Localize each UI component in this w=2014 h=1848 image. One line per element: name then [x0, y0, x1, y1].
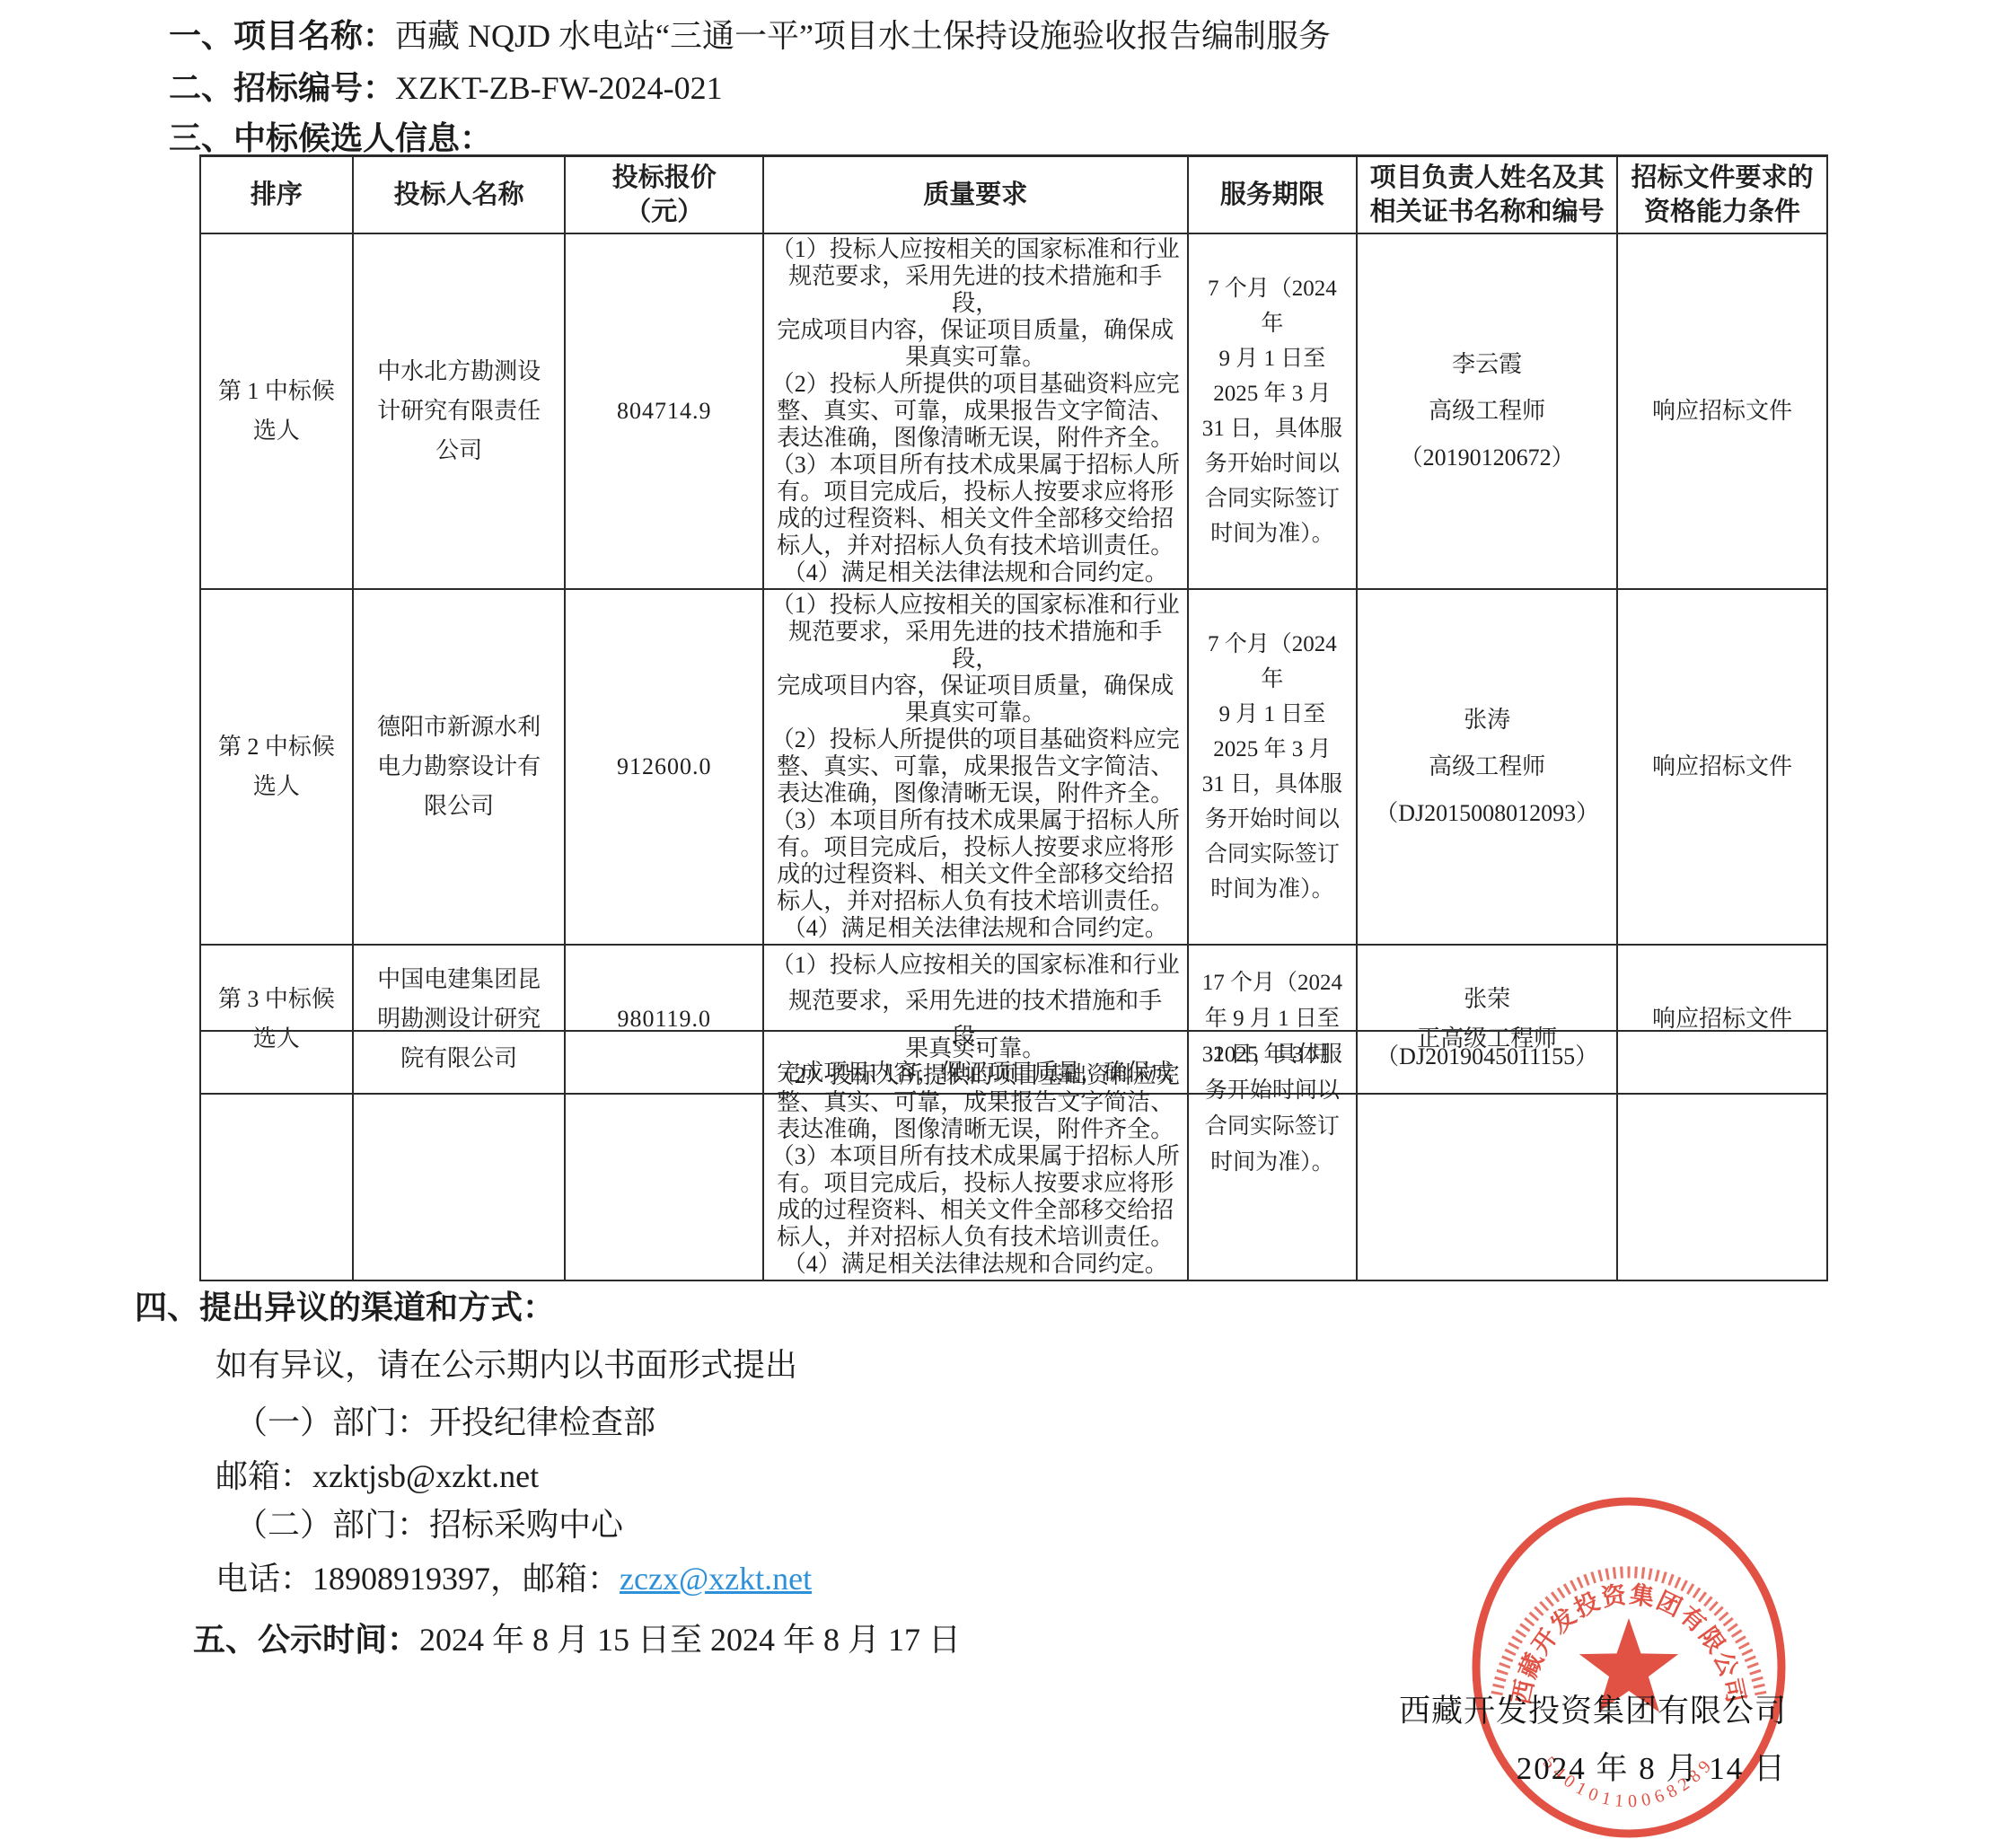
- email-link[interactable]: zczx@xzkt.net: [620, 1561, 812, 1597]
- publicity-value: 2024 年 8 月 15 日至 2024 年 8 月 17 日: [419, 1622, 961, 1658]
- phone-label: 电话：18908919397，邮箱：: [215, 1561, 620, 1597]
- period-cell: 7 个月（2024 年 9 月 1 日至 2025 年 3 月 31 日，具体服…: [1188, 233, 1358, 589]
- manager-cell: （DJ2019045011155）: [1357, 1031, 1617, 1280]
- col-header-price: 投标报价 （元）: [565, 156, 763, 233]
- bid-number-value: XZKT-ZB-FW-2024-021: [395, 70, 723, 106]
- objection-email1: 邮箱：xzktjsb@xzkt.net: [215, 1451, 539, 1497]
- qualification-cell: 响应招标文件: [1617, 233, 1827, 589]
- project-name-line: 一、项目名称：西藏 NQJD 水电站“三通一平”项目水土保持设施验收报告编制服务: [169, 11, 1331, 57]
- period-cell: 7 个月（2024 年 9 月 1 日至 2025 年 3 月 31 日，具体服…: [1188, 589, 1358, 945]
- bid-number-label: 二、招标编号：: [169, 70, 395, 106]
- candidate-row-3-continued: 果真实可靠。 （2）投标人所提供的项目基础资料应完 整、真实、可靠，成果报告文字…: [200, 1031, 1827, 1280]
- col-header-period: 服务期限: [1188, 156, 1358, 233]
- manager-cell: 张涛 高级工程师 （DJ2015008012093）: [1357, 589, 1617, 945]
- col-header-qualification: 招标文件要求的 资格能力条件: [1617, 156, 1827, 233]
- col-header-rank: 排序: [200, 156, 353, 233]
- objection-intro: 如有异议，请在公示期内以书面形式提出: [215, 1340, 797, 1386]
- candidate-row-2: 第 2 中标候 选人 德阳市新源水利 电力勘察设计有 限公司 912600.0 …: [200, 589, 1827, 945]
- objection-phone-line: 电话：18908919397，邮箱：zczx@xzkt.net: [215, 1553, 812, 1599]
- publicity-label: 五、公示时间：: [193, 1622, 419, 1658]
- signing-date: 2024 年 8 月 14 日: [1343, 1744, 1787, 1789]
- col-header-manager: 项目负责人姓名及其 相关证书名称和编号: [1357, 156, 1617, 233]
- rank-cell: [200, 1031, 353, 1280]
- quality-cell: 果真实可靠。 （2）投标人所提供的项目基础资料应完 整、真实、可靠，成果报告文字…: [763, 1031, 1187, 1280]
- quality-cell: （1）投标人应按相关的国家标准和行业 规范要求，采用先进的技术措施和手段， 完成…: [763, 233, 1187, 589]
- quality-cell: （1）投标人应按相关的国家标准和行业 规范要求，采用先进的技术措施和手段， 完成…: [763, 589, 1187, 945]
- price-cell: [565, 1031, 763, 1280]
- candidate-row-1: 第 1 中标候 选人 中水北方勘测设 计研究有限责任 公司 804714.9 （…: [200, 233, 1827, 589]
- bid-candidates-table-continued: 果真实可靠。 （2）投标人所提供的项目基础资料应完 整、真实、可靠，成果报告文字…: [199, 1030, 1828, 1281]
- price-cell: 804714.9: [565, 233, 763, 589]
- qualification-cell: 响应招标文件: [1617, 589, 1827, 945]
- announcement-document: 一、项目名称：西藏 NQJD 水电站“三通一平”项目水土保持设施验收报告编制服务…: [0, 0, 2014, 1848]
- project-name-value: 西藏 NQJD 水电站“三通一平”项目水土保持设施验收报告编制服务: [395, 18, 1331, 54]
- objection-dept2: （二）部门：招标采购中心: [235, 1500, 623, 1545]
- col-header-quality: 质量要求: [763, 156, 1187, 233]
- bid-candidates-table: 排序 投标人名称 投标报价 （元） 质量要求 服务期限 项目负责人姓名及其 相关…: [199, 154, 1828, 1095]
- objection-dept1: （一）部门：开投纪律检查部: [235, 1397, 655, 1443]
- objection-section-heading: 四、提出异议的渠道和方式：: [135, 1282, 555, 1328]
- col-header-bidder: 投标人名称: [353, 156, 566, 233]
- bidder-cell: [353, 1031, 566, 1280]
- price-cell: 912600.0: [565, 589, 763, 945]
- project-name-label: 一、项目名称：: [169, 18, 395, 54]
- qualification-cell: [1617, 1031, 1827, 1280]
- rank-cell: 第 1 中标候 选人: [200, 233, 353, 589]
- bid-number-line: 二、招标编号：XZKT-ZB-FW-2024-021: [169, 63, 723, 109]
- signing-company: 西藏开发投资集团有限公司: [1343, 1686, 1787, 1731]
- bidder-cell: 德阳市新源水利 电力勘察设计有 限公司: [353, 589, 566, 945]
- manager-cell: 李云霞 高级工程师 （20190120672）: [1357, 233, 1617, 589]
- rank-cell: 第 2 中标候 选人: [200, 589, 353, 945]
- bidder-cell: 中水北方勘测设 计研究有限责任 公司: [353, 233, 566, 589]
- publicity-period-line: 五、公示时间：2024 年 8 月 15 日至 2024 年 8 月 17 日: [193, 1615, 961, 1660]
- company-seal: 西藏开发投资集团有限公司 54010110068289: [1456, 1483, 1801, 1843]
- table-header-row: 排序 投标人名称 投标报价 （元） 质量要求 服务期限 项目负责人姓名及其 相关…: [200, 156, 1827, 233]
- period-cell: 31 日，具体服 务开始时间以 合同实际签订 时间为准）。: [1188, 1031, 1358, 1280]
- candidates-section-heading: 三、中标候选人信息：: [169, 113, 492, 159]
